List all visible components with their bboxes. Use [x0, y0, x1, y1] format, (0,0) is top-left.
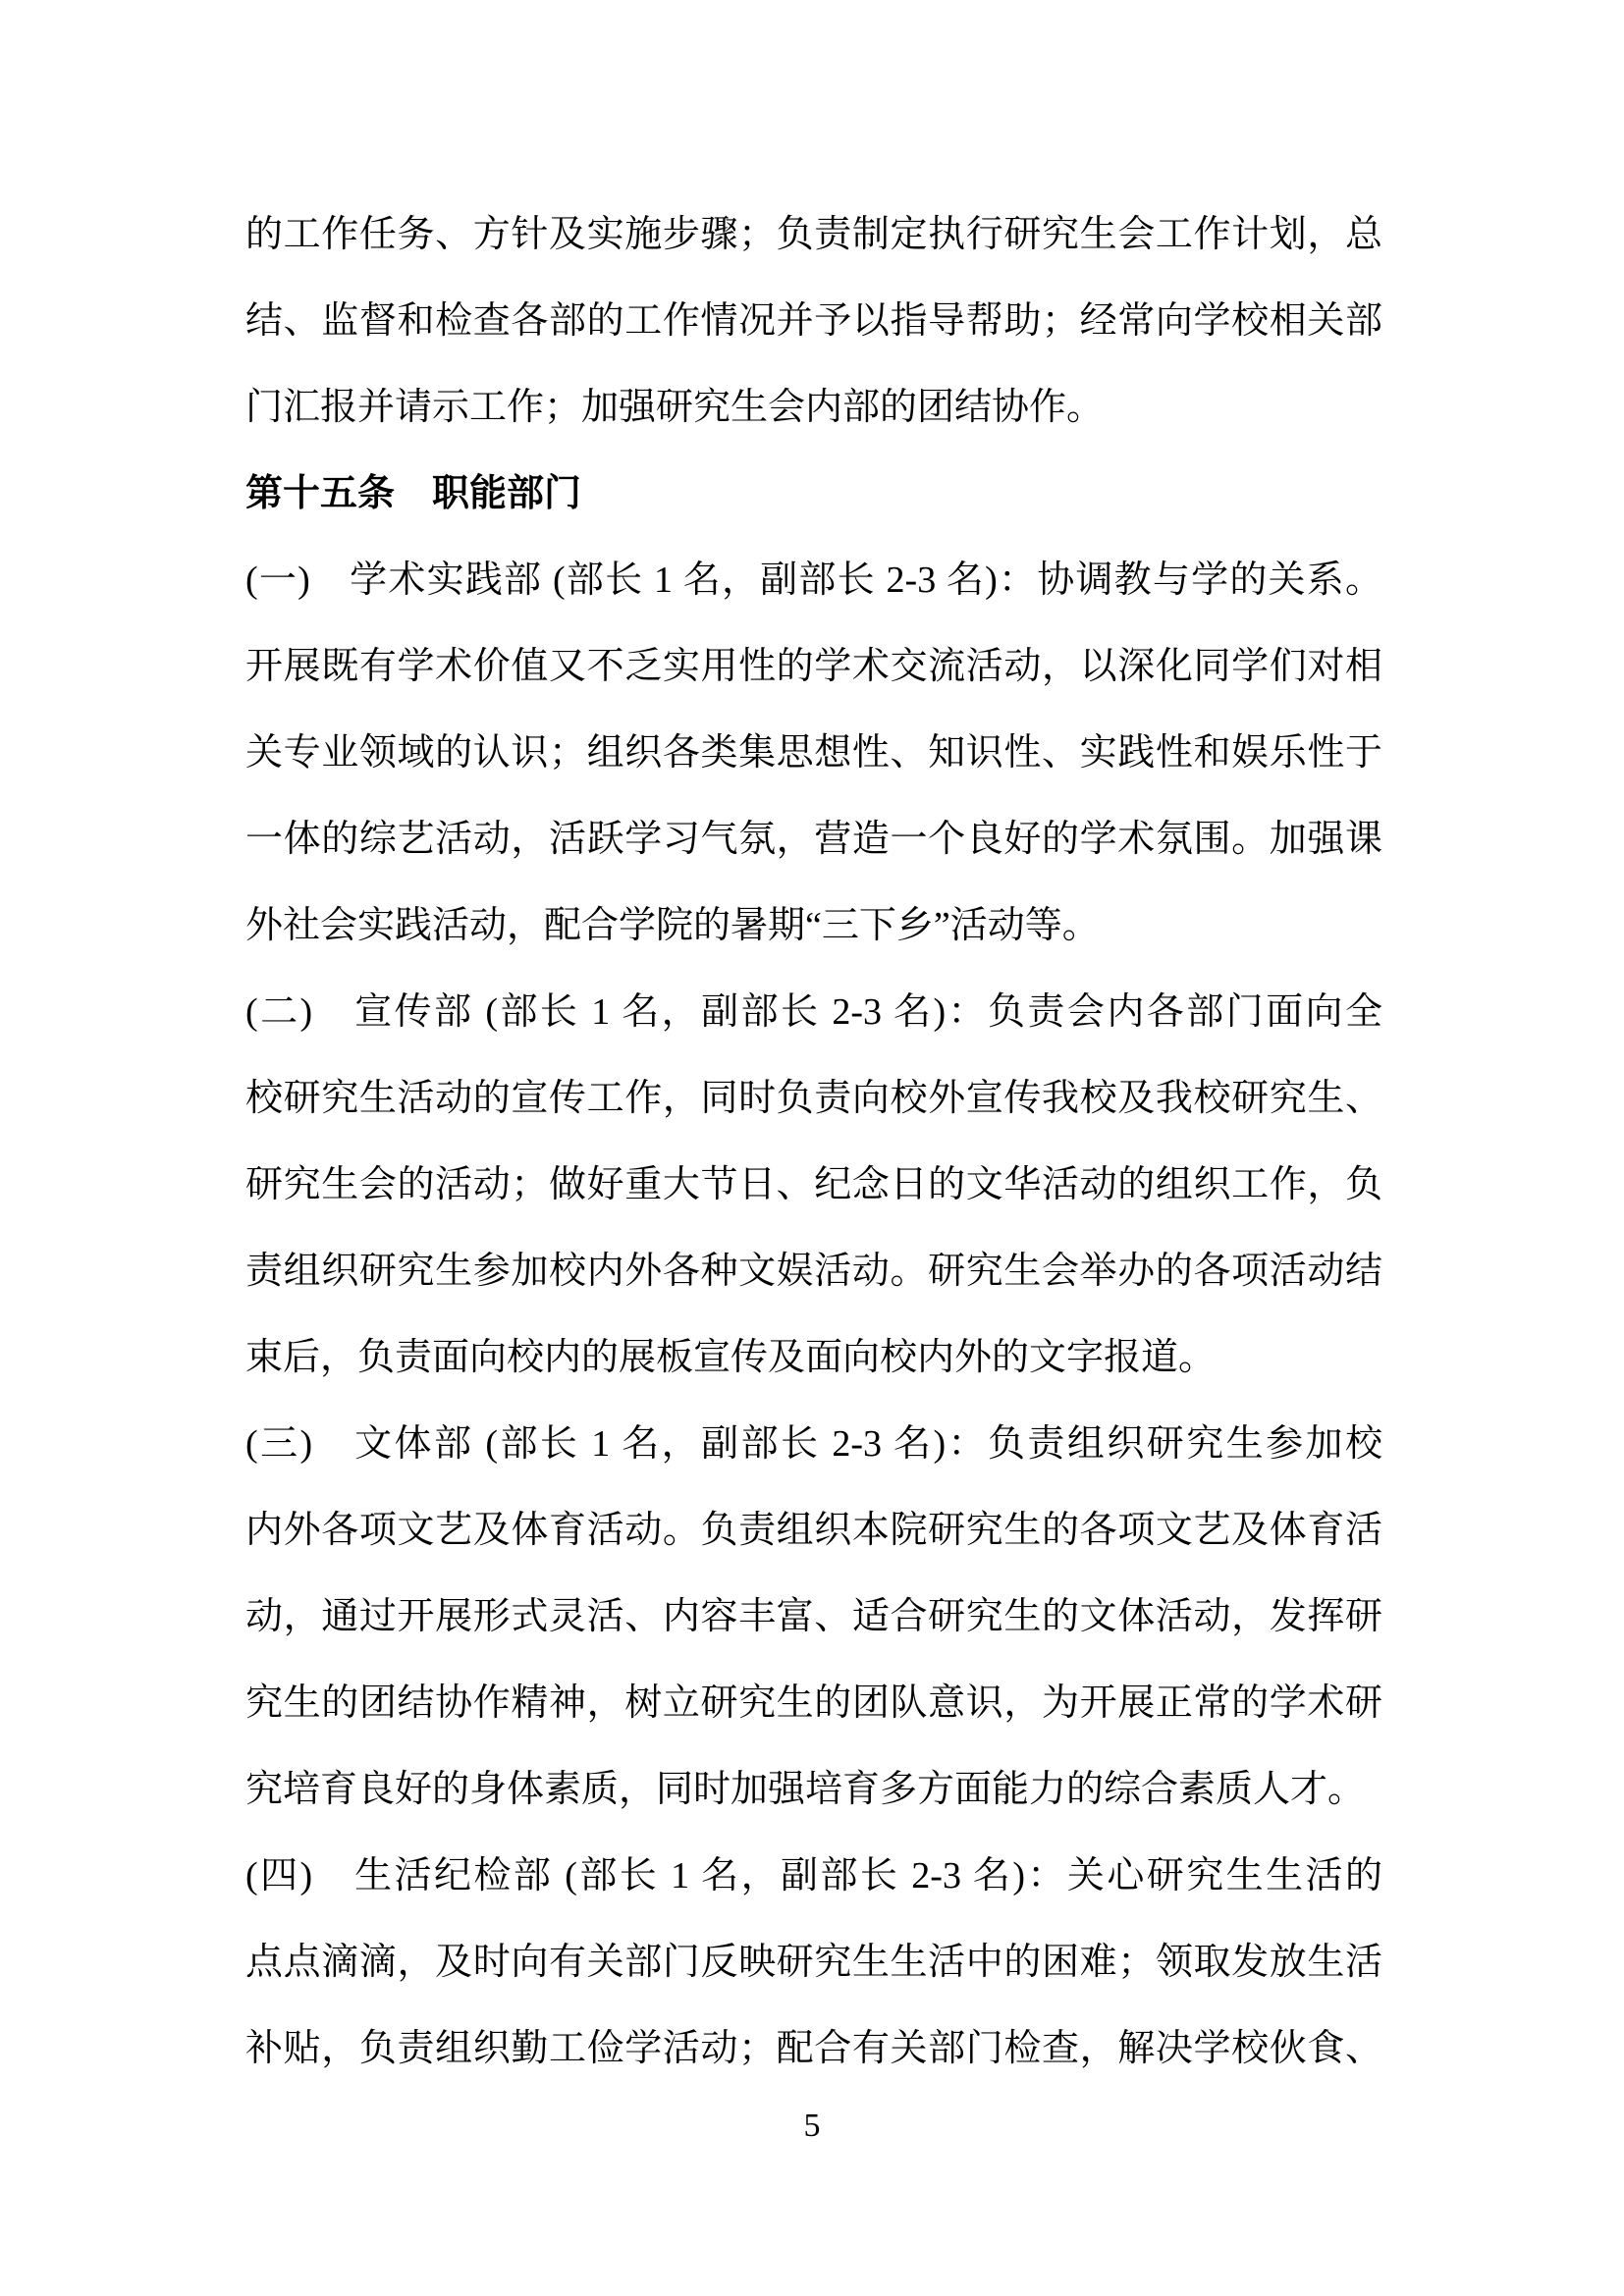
text-line: 动，通过开展形式灵活、内容丰富、适合研究生的文体活动，发挥研: [245, 1574, 1382, 1660]
text-line: 的工作任务、方针及实施步骤；负责制定执行研究生会工作计划，总: [245, 191, 1382, 278]
text-line: 内外各项文艺及体育活动。负责组织本院研究生的各项文艺及体育活: [245, 1487, 1382, 1574]
document-body: 的工作任务、方针及实施步骤；负责制定执行研究生会工作计划，总结、监督和检查各部的…: [245, 191, 1382, 2092]
text-line: 究生的团结协作精神，树立研究生的团队意识，为开展正常的学术研: [245, 1660, 1382, 1746]
text-line: (三) 文体部 (部长 1 名，副部长 2-3 名)：负责组织研究生参加校: [245, 1401, 1382, 1487]
text-line: 责组织研究生参加校内外各种文娱活动。研究生会举办的各项活动结: [245, 1228, 1382, 1314]
document-page: 的工作任务、方针及实施步骤；负责制定执行研究生会工作计划，总结、监督和检查各部的…: [0, 0, 1624, 2296]
text-line: 一体的综艺活动，活跃学习气氛，营造一个良好的学术氛围。加强课: [245, 796, 1382, 882]
text-line: (四) 生活纪检部 (部长 1 名，副部长 2-3 名)：关心研究生生活的: [245, 1833, 1382, 1919]
text-line: (二) 宣传部 (部长 1 名，副部长 2-3 名)：负责会内各部门面向全: [245, 969, 1382, 1055]
heading-line: 第十五条 职能部门: [245, 451, 1382, 537]
text-line: 点点滴滴，及时向有关部门反映研究生生活中的困难；领取发放生活: [245, 1919, 1382, 2005]
text-line: 校研究生活动的宣传工作，同时负责向校外宣传我校及我校研究生、: [245, 1055, 1382, 1142]
text-line: 研究生会的活动；做好重大节日、纪念日的文华活动的组织工作，负: [245, 1142, 1382, 1228]
text-line: 关专业领域的认识；组织各类集思想性、知识性、实践性和娱乐性于: [245, 710, 1382, 796]
text-line: 外社会实践活动，配合学院的暑期“三下乡”活动等。: [245, 882, 1382, 969]
text-line: 开展既有学术价值又不乏实用性的学术交流活动，以深化同学们对相: [245, 623, 1382, 710]
text-line: 束后，负责面向校内的展板宣传及面向校内外的文字报道。: [245, 1314, 1382, 1401]
text-line: 究培育良好的身体素质，同时加强培育多方面能力的综合素质人才。: [245, 1746, 1382, 1833]
page-number: 5: [0, 2107, 1624, 2146]
text-line: 结、监督和检查各部的工作情况并予以指导帮助；经常向学校相关部: [245, 278, 1382, 364]
text-line: 门汇报并请示工作；加强研究生会内部的团结协作。: [245, 364, 1382, 451]
text-line: 补贴，负责组织勤工俭学活动；配合有关部门检查，解决学校伙食、: [245, 2005, 1382, 2092]
text-line: (一) 学术实践部 (部长 1 名，副部长 2-3 名)：协调教与学的关系。: [245, 537, 1382, 623]
